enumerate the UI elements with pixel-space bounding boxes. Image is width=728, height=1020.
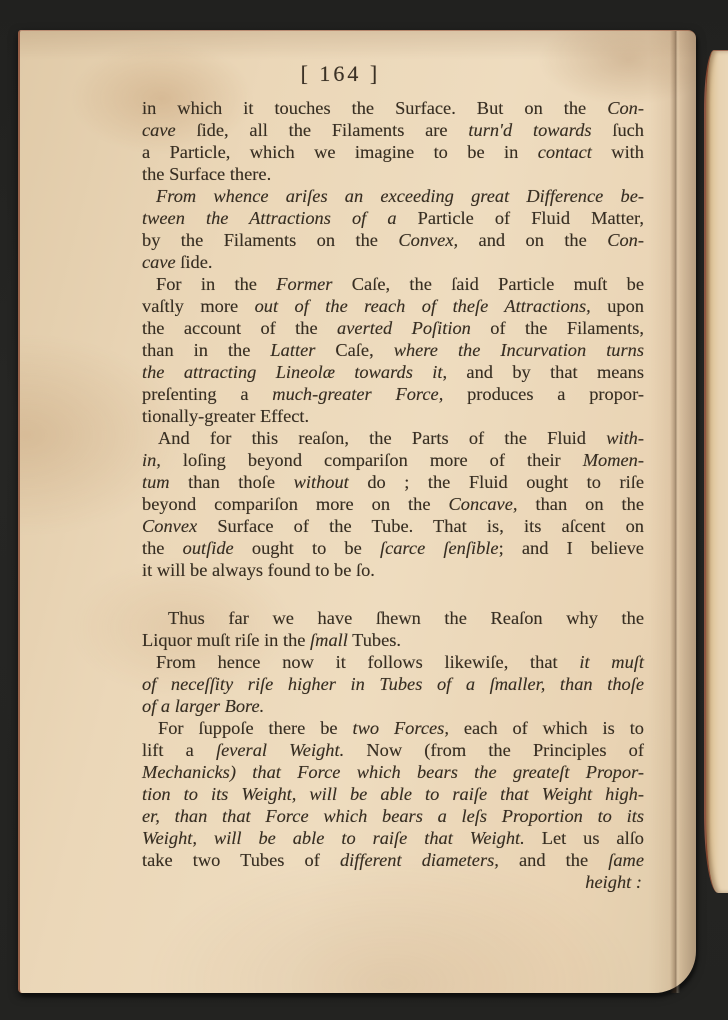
text-line: tum than thoſe without do ; the Fluid ou… — [142, 471, 644, 493]
text-line: than in the Latter Caſe, where the Incur… — [142, 339, 644, 361]
text-line: Mechanicks) that Force which bears the g… — [142, 761, 644, 783]
text-run: with — [592, 142, 644, 162]
text-line: preſenting a much-greater Force, produce… — [142, 383, 644, 405]
text-line: For ſuppoſe there be two Forces, each of… — [142, 717, 644, 739]
text-line: of neceſſity riſe higher in Tubes of a ſ… — [142, 673, 644, 695]
text-run: Liquor muſt riſe in the — [142, 630, 310, 650]
text-line: the Surface there. — [142, 163, 644, 185]
text-run: each of which is to — [449, 718, 644, 738]
text-line: take two Tubes of different diameters, a… — [142, 849, 644, 871]
text-line: From hence now it follows likewiſe, that… — [142, 651, 644, 673]
italic-text-run: Former — [276, 274, 332, 294]
text-run: preſenting a — [142, 384, 272, 404]
text-line: in which it touches the Surface. But on … — [142, 97, 644, 119]
paragraph: From hence now it follows likewiſe, that… — [142, 651, 644, 717]
italic-text-run: turn'd towards — [468, 120, 591, 140]
text-run: than on the — [517, 494, 644, 514]
text-line: Convex Surface of the Tube. That is, its… — [142, 515, 644, 537]
text-line: it will be always found to be ſo. — [142, 559, 644, 581]
text-line: tion to its Weight, will be able to raiſ… — [142, 783, 644, 805]
italic-text-run: Weight, will be able to raiſe that Weigh… — [142, 828, 525, 848]
text-run: For in the — [156, 274, 276, 294]
text-line: the outſide ought to be ſcarce ſenſible;… — [142, 537, 644, 559]
text-run: Let us alſo — [525, 828, 644, 848]
italic-text-run: with- — [606, 428, 644, 448]
text-line: tionally-greater Effect. — [142, 405, 644, 427]
adjacent-page-edge — [704, 50, 728, 893]
italic-text-run: of neceſſity riſe higher in Tubes of a ſ… — [142, 674, 644, 694]
paragraph: For in the Former Caſe, the ſaid Particl… — [142, 273, 644, 427]
italic-text-run: Convex, — [398, 230, 458, 250]
italic-text-run: tion to its Weight, will be able to raiſ… — [142, 784, 644, 804]
text-run: ; and I believe — [499, 538, 644, 558]
text-run: From hence now it follows likewiſe, that — [156, 652, 579, 672]
text-line: by the Filaments on the Convex, and on t… — [142, 229, 644, 251]
italic-text-run: Momen- — [583, 450, 644, 470]
text-run: the Surface there. — [142, 164, 271, 184]
text-line: From whence ariſes an exceeding great Di… — [142, 185, 644, 207]
text-run: Caſe, the ſaid Particle muſt be — [332, 274, 644, 294]
italic-text-run: ſame — [608, 850, 644, 870]
catchword: height : — [142, 871, 644, 893]
italic-text-run: ſeveral Weight. — [216, 740, 344, 760]
text-run: take two Tubes of — [142, 850, 340, 870]
text-run: Particle of Fluid Matter, — [418, 208, 644, 228]
italic-text-run: er, than that Force which bears a leſs P… — [142, 806, 644, 826]
text-run: Thus far we have ſhewn the Reaſon why th… — [168, 608, 644, 628]
text-run: Surface of the Tube. That is, its aſcent… — [197, 516, 644, 536]
text-line: vaſtly more out of the reach of theſe At… — [142, 295, 644, 317]
italic-text-run: averted Poſition — [337, 318, 471, 338]
italic-text-run: From whence ariſes an exceeding great Di… — [156, 186, 644, 206]
italic-text-run: cave — [142, 252, 176, 272]
text-run: than thoſe — [170, 472, 294, 492]
text-line: in, loſing beyond compariſon more of the… — [142, 449, 644, 471]
text-line: lift a ſeveral Weight. Now (from the Pri… — [142, 739, 644, 761]
text-run: in which it touches the Surface. But on … — [142, 98, 607, 118]
paragraph: Thus far we have ſhewn the Reaſon why th… — [142, 607, 644, 651]
paragraph: in which it touches the Surface. But on … — [142, 97, 644, 185]
text-run: vaſtly more — [142, 296, 255, 316]
text-run: upon — [591, 296, 644, 316]
text-run: by the Filaments on the — [142, 230, 398, 250]
text-line: tween the Attractions of a Particle of F… — [142, 207, 644, 229]
italic-text-run: ſmall — [310, 630, 348, 650]
italic-text-run: Mechanicks) that Force which bears the g… — [142, 762, 644, 782]
text-column: in which it touches the Surface. But on … — [142, 97, 644, 893]
text-run: lift a — [142, 740, 216, 760]
italic-text-run: out of the reach of theſe Attractions, — [255, 296, 591, 316]
paragraph: For ſuppoſe there be two Forces, each of… — [142, 717, 644, 871]
italic-text-run: different diameters, — [340, 850, 499, 870]
text-run: , and by that means — [442, 362, 644, 382]
italic-text-run: Con- — [607, 98, 644, 118]
scan-background: [ 164 ] in which it touches the Surface.… — [0, 0, 728, 1020]
text-run: tionally-greater Effect. — [142, 406, 309, 426]
italic-text-run: Convex — [142, 516, 197, 536]
paragraphs: in which it touches the Surface. But on … — [142, 97, 644, 871]
text-line: cave ſide. — [142, 251, 644, 273]
paragraph: And for this reaſon, the Parts of the Fl… — [142, 427, 644, 581]
italic-text-run: of a larger Bore. — [142, 696, 264, 716]
text-line: Liquor muſt riſe in the ſmall Tubes. — [142, 629, 644, 651]
text-line: the attracting Lineolæ towards it, and b… — [142, 361, 644, 383]
text-line: Weight, will be able to raiſe that Weigh… — [142, 827, 644, 849]
text-run: ought to be — [234, 538, 380, 558]
text-line: the account of the averted Poſition of t… — [142, 317, 644, 339]
italic-text-run: the attracting Lineolæ towards it — [142, 362, 442, 382]
text-run: loſing beyond compariſon more of their — [161, 450, 583, 470]
text-run: beyond compariſon more on the — [142, 494, 449, 514]
text-line: For in the Former Caſe, the ſaid Particl… — [142, 273, 644, 295]
text-run: ſuch — [592, 120, 644, 140]
text-line: er, than that Force which bears a leſs P… — [142, 805, 644, 827]
text-run: ſide. — [176, 252, 213, 272]
text-run: and on the — [458, 230, 607, 250]
text-run: do ; the Fluid ought to riſe — [349, 472, 644, 492]
italic-text-run: much-greater Force, — [272, 384, 443, 404]
text-run: the — [142, 538, 183, 558]
italic-text-run: Concave, — [449, 494, 518, 514]
italic-text-run: tum — [142, 472, 170, 492]
text-run: than in the — [142, 340, 270, 360]
italic-text-run: without — [294, 472, 349, 492]
italic-text-run: Latter — [270, 340, 315, 360]
text-run: and the — [499, 850, 608, 870]
text-line: a Particle, which we imagine to be in co… — [142, 141, 644, 163]
page-gutter-crease — [670, 31, 680, 993]
text-run: Caſe, — [315, 340, 393, 360]
page-number: [ 164 ] — [20, 61, 561, 87]
italic-text-run: Con- — [607, 230, 644, 250]
text-run: it will be always found to be ſo. — [142, 560, 375, 580]
italic-text-run: it muſt — [579, 652, 644, 672]
paragraph: From whence ariſes an exceeding great Di… — [142, 185, 644, 273]
italic-text-run: contact — [538, 142, 592, 162]
text-line: Thus far we have ſhewn the Reaſon why th… — [142, 607, 644, 629]
text-run: produces a propor- — [443, 384, 644, 404]
text-run: the account of the — [142, 318, 337, 338]
text-line: beyond compariſon more on the Concave, t… — [142, 493, 644, 515]
italic-text-run: in, — [142, 450, 161, 470]
book-page: [ 164 ] in which it touches the Surface.… — [18, 30, 696, 993]
italic-text-run: two Forces, — [352, 718, 448, 738]
text-run: ſide, all the Filaments are — [176, 120, 469, 140]
text-run: And for this reaſon, the Parts of the Fl… — [158, 428, 606, 448]
italic-text-run: outſide — [183, 538, 234, 558]
text-line: And for this reaſon, the Parts of the Fl… — [142, 427, 644, 449]
text-run: Tubes. — [348, 630, 401, 650]
italic-text-run: tween the Attractions of a — [142, 208, 418, 228]
text-run: a Particle, which we imagine to be in — [142, 142, 538, 162]
text-line: cave ſide, all the Filaments are turn'd … — [142, 119, 644, 141]
italic-text-run: where the Incurvation turns — [394, 340, 644, 360]
italic-text-run: cave — [142, 120, 176, 140]
text-run: Now (from the Principles of — [344, 740, 644, 760]
text-run: For ſuppoſe there be — [158, 718, 352, 738]
text-run: of the Filaments, — [471, 318, 644, 338]
italic-text-run: ſcarce ſenſible — [380, 538, 499, 558]
text-line: of a larger Bore. — [142, 695, 644, 717]
